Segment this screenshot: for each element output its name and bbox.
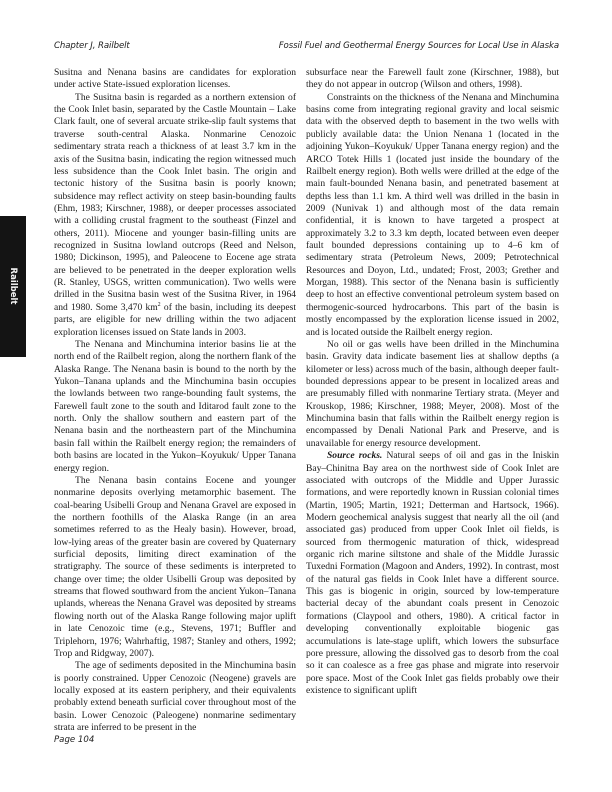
left-text-column: Susitna and Nenana basins are candidates…	[54, 67, 296, 734]
right-text-column: subsurface near the Farewell fault zone …	[306, 67, 559, 697]
paragraph: Susitna and Nenana basins are candidates…	[54, 67, 296, 92]
running-head-title: Fossil Fuel and Geothermal Energy Source…	[271, 41, 559, 51]
paragraph: The Susitna basin is regarded as a north…	[54, 92, 296, 339]
section-side-tab: Railbelt	[0, 216, 26, 357]
side-tab-label: Railbelt	[8, 268, 18, 305]
paragraph: Source rocks. Natural seeps of oil and g…	[306, 450, 559, 697]
paragraph: The Nenana basin contains Eocene and you…	[54, 475, 296, 660]
paragraph-text: Natural seeps of oil and gas in the Inis…	[306, 450, 559, 696]
paragraph: The Nenana and Minchumina interior basin…	[54, 339, 296, 475]
running-head-chapter: Chapter J, Railbelt	[54, 41, 130, 51]
paragraph: The age of sediments deposited in the Mi…	[54, 660, 296, 734]
run-in-heading: Source rocks.	[327, 450, 382, 461]
paragraph-text: The Susitna basin is regarded as a north…	[54, 92, 296, 313]
paragraph: No oil or gas wells have been drilled in…	[306, 339, 559, 450]
paragraph: Constraints on the thickness of the Nena…	[306, 92, 559, 339]
paragraph: subsurface near the Farewell fault zone …	[306, 67, 559, 92]
page-number: Page 104	[54, 735, 94, 745]
